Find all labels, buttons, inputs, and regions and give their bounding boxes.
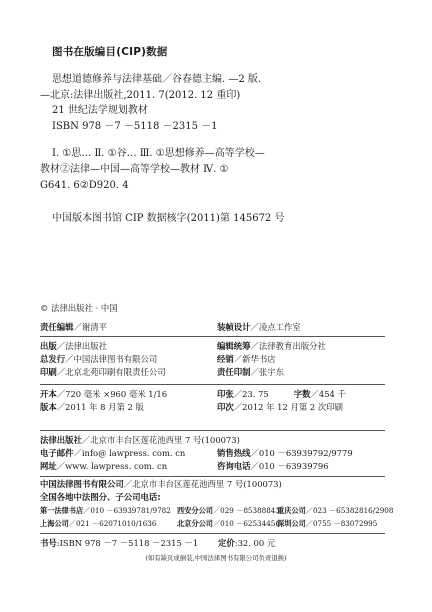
branch-shanghai: 上海公司／021 －62071010/1636 <box>40 518 177 530</box>
cip-isbn-line: ISBN 978 －7 －5118 －2315 －1 <box>52 120 218 133</box>
divider-3 <box>40 430 385 431</box>
printing-label: 印次 <box>217 401 234 414</box>
branch-chongqing: 重庆公司／023 －65382816/2908 <box>277 505 393 517</box>
publisher-address-label: 法律出版社 <box>40 435 82 445</box>
price-row: 定价:32. 00 元 <box>218 537 275 550</box>
format-label: 开本 <box>40 388 57 401</box>
cip-subject-line-2: 教材②法律—中国—高等学校—教材 Ⅳ. ① <box>40 163 229 176</box>
divider-1 <box>40 336 385 337</box>
publishing-left: 出版／法律出版社 总发行／中国法律图书有限公司 印刷／北京北苑印刷有限责任公司 <box>40 340 166 379</box>
design-label: 装帧设计 <box>217 322 251 332</box>
branch-label: 重庆公司 <box>277 506 306 515</box>
edition-label: 版本 <box>40 401 57 414</box>
distributor-company-label: 中国法律图书有限公司 <box>40 479 124 489</box>
branch-value: ／0755 －83072995 <box>306 519 378 528</box>
email-label: 电子邮件 <box>40 448 74 458</box>
branches-heading: 全国各地中法图分、子公司电话: <box>40 491 161 504</box>
publisher-value: ／法律出版社 <box>57 340 107 353</box>
specs-right: 印张／23. 75 字数／454 千 印次／2012 年 12 月第 2 次印刷 <box>217 388 346 414</box>
distributor-company-value: ／北京市丰台区莲花池西里 7 号(100073) <box>124 479 282 489</box>
branch-value: ／023 －65382816/2908 <box>306 506 394 515</box>
credit-design: 装帧设计／凌点工作室 <box>217 321 301 334</box>
sales-value: ／010 －63939792/9779 <box>251 448 353 458</box>
branch-value: ／010 －63939781/9782 <box>83 506 171 515</box>
printer-row: 印刷／北京北苑印刷有限责任公司 <box>40 366 166 379</box>
cip-line-2: —北京:法律出版社,2011. 7(2012. 12 重印) <box>40 89 240 102</box>
cip-title: 图书在版编目(CIP)数据 <box>52 44 168 59</box>
branch-label: 深圳公司 <box>277 519 306 528</box>
distributor-row: 总发行／中国法律图书有限公司 <box>40 353 166 366</box>
print-supervisor-row: 责任印制／张宇东 <box>217 366 326 379</box>
sales-row: 销售热线／010 －63939792/9779 <box>217 447 353 460</box>
edition-value: ／2011 年 8 月第 2 版 <box>57 401 144 414</box>
printer-value: ／北京北苑印刷有限责任公司 <box>57 366 166 379</box>
distributor-value: ／中国法律图书有限公司 <box>65 353 157 366</box>
price-value: :32. 00 元 <box>235 538 276 548</box>
sheets-value: ／23. 75 <box>234 388 294 401</box>
credit-editor: 责任编辑／谢清平 <box>40 321 107 334</box>
price-label: 定价 <box>218 538 235 548</box>
website-value[interactable]: ／www. lawpress. com. cn <box>57 461 167 471</box>
branch-xian: 西安分公司／029 －85388843 <box>177 505 277 517</box>
editor-value: ／谢清平 <box>74 322 108 332</box>
branch-shenzhen: 深圳公司／0755 －83072995 <box>277 518 377 530</box>
inquiry-value: ／010 －63939796 <box>251 461 329 471</box>
inquiry-label: 咨询电话 <box>217 461 251 471</box>
publisher-address-row: 法律出版社／北京市丰台区莲花池西里 7 号(100073) <box>40 434 240 447</box>
branch-beijing: 北京分公司／010 －62534456 <box>177 518 277 530</box>
website-row: 网址／www. lawpress. com. cn <box>40 460 167 473</box>
coordinator-label: 编辑统筹 <box>217 340 251 353</box>
sheets-words-row: 印张／23. 75 字数／454 千 <box>217 388 346 401</box>
seller-label: 经销 <box>217 353 234 366</box>
inquiry-row: 咨询电话／010 －63939796 <box>217 460 329 473</box>
publisher-label: 出版 <box>40 340 57 353</box>
isbn-row: 书号:ISBN 978 －7 －5118 －2315 －1 <box>40 537 198 550</box>
branch-label: 西安分公司 <box>177 506 213 515</box>
divider-4 <box>40 476 385 477</box>
print-supervisor-label: 责任印制 <box>217 366 251 379</box>
cip-line-1: 思想道德修养与法律基础／谷春德主编. —2 版. <box>52 73 261 86</box>
publisher-address-value: ／北京市丰台区莲花池西里 7 号(100073) <box>82 435 240 445</box>
cip-classification: G641. 6②D920. 4 <box>40 179 129 192</box>
branch-value: ／029 －85388843 <box>213 506 280 515</box>
design-value: ／凌点工作室 <box>251 322 301 332</box>
branch-first-bookstore: 第一法律书店／010 －63939781/9782 <box>40 505 177 517</box>
branch-label: 北京分公司 <box>177 519 213 528</box>
coordinator-value: ／法律教育出版分社 <box>251 340 326 353</box>
distributor-company-row: 中国法律图书有限公司／北京市丰台区莲花池西里 7 号(100073) <box>40 478 282 491</box>
edition-row: 版本／2011 年 8 月第 2 版 <box>40 401 167 414</box>
editor-label: 责任编辑 <box>40 322 74 332</box>
specs-left: 开本／720 毫米 ×960 毫米 1/16 版本／2011 年 8 月第 2 … <box>40 388 167 414</box>
copyright-line: © 法律出版社 · 中国 <box>40 302 118 315</box>
sales-label: 销售热线 <box>217 448 251 458</box>
divider-2 <box>40 384 385 385</box>
branch-label: 上海公司 <box>40 519 69 528</box>
branch-row-1: 第一法律书店／010 －63939781/9782 西安分公司／029 －853… <box>40 505 393 517</box>
print-supervisor-value: ／张宇东 <box>251 366 285 379</box>
email-value[interactable]: ／info@ lawpress. com. cn <box>74 448 186 458</box>
coordinator-row: 编辑统筹／法律教育出版分社 <box>217 340 326 353</box>
branch-label: 第一法律书店 <box>40 506 83 515</box>
branch-value: ／021 －62071010/1636 <box>69 519 157 528</box>
words-value: ／454 千 <box>311 388 346 401</box>
cip-subject-line-1: Ⅰ. ①思… Ⅱ. ①谷… Ⅲ. ①思想修养—高等学校— <box>52 147 265 160</box>
printing-row: 印次／2012 年 12 月第 2 次印刷 <box>217 401 346 414</box>
distributor-label: 总发行 <box>40 353 65 366</box>
publishing-right: 编辑统筹／法律教育出版分社 经销／新华书店 责任印制／张宇东 <box>217 340 326 379</box>
email-row: 电子邮件／info@ lawpress. com. cn <box>40 447 185 460</box>
seller-value: ／新华书店 <box>234 353 276 366</box>
printing-value: ／2012 年 12 月第 2 次印刷 <box>234 401 343 414</box>
seller-row: 经销／新华书店 <box>217 353 326 366</box>
publisher-row: 出版／法律出版社 <box>40 340 166 353</box>
website-label: 网址 <box>40 461 57 471</box>
cip-line-3: 21 世纪法学规划教材 <box>52 104 148 117</box>
isbn-value: :ISBN 978 －7 －5118 －2315 －1 <box>57 538 198 548</box>
divider-5 <box>40 533 385 534</box>
sheets-label: 印张 <box>217 388 234 401</box>
isbn-label: 书号 <box>40 538 57 548</box>
cip-catalog-number: 中国版本图书馆 CIP 数据核字(2011)第 145672 号 <box>52 212 284 225</box>
words-label: 字数 <box>294 388 311 401</box>
printer-label: 印刷 <box>40 366 57 379</box>
format-row: 开本／720 毫米 ×960 毫米 1/16 <box>40 388 167 401</box>
return-notice: (如有缺页或倒装,中国法律图书有限公司负责退换) <box>0 553 432 562</box>
branch-row-2: 上海公司／021 －62071010/1636 北京分公司／010 －62534… <box>40 518 377 530</box>
format-value: ／720 毫米 ×960 毫米 1/16 <box>57 388 167 401</box>
branch-value: ／010 －62534456 <box>213 519 280 528</box>
